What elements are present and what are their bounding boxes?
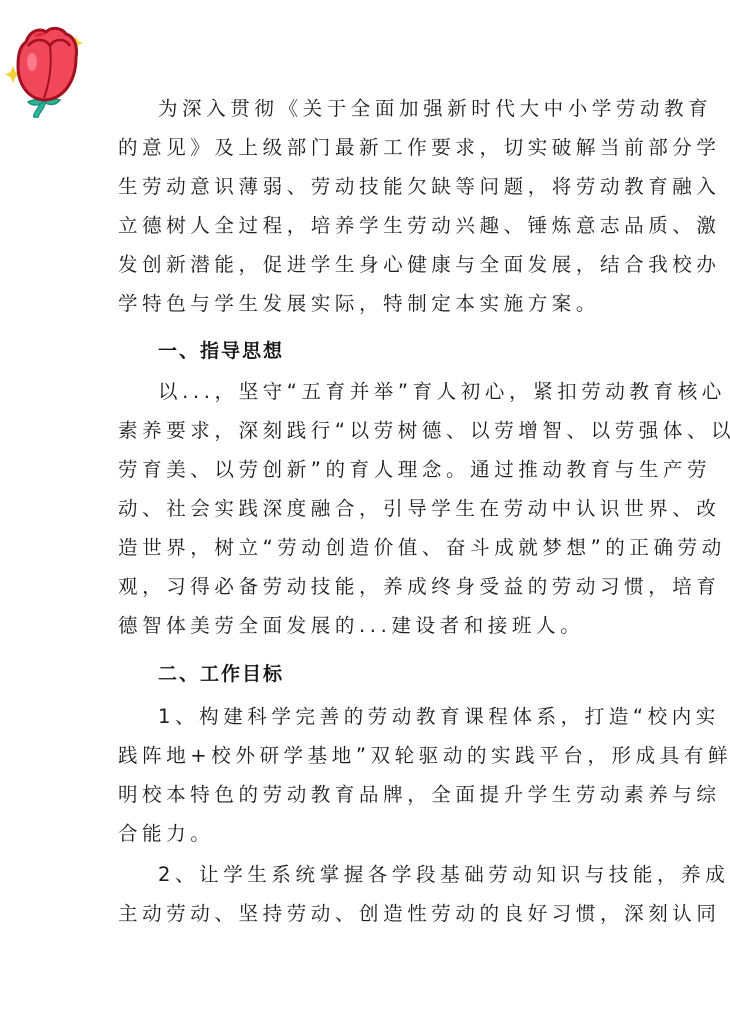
text-line: 以...，坚守“五育并举”育人初心，紧扣劳动教育核心 xyxy=(118,372,610,411)
section-heading: 二、工作目标 xyxy=(118,655,610,694)
paragraph: 1、构建科学完善的劳动教育课程体系，打造“校内实 践阵地+校外研学基地”双轮驱动… xyxy=(118,697,610,853)
text-line: 为深入贯彻《关于全面加强新时代大中小学劳动教育 xyxy=(118,89,610,128)
text-line: 合能力。 xyxy=(118,814,610,853)
text-line: 学特色与学生发展实际，特制定本实施方案。 xyxy=(118,284,610,323)
paragraph: 2、让学生系统掌握各学段基础劳动知识与技能，养成 主动劳动、坚持劳动、创造性劳动… xyxy=(118,855,610,933)
text-line: 践阵地+校外研学基地”双轮驱动的实践平台，形成具有鲜 xyxy=(118,736,610,775)
text-line: 2、让学生系统掌握各学段基础劳动知识与技能，养成 xyxy=(118,855,610,894)
text-line: 立德树人全过程，培养学生劳动兴趣、锤炼意志品质、激 xyxy=(118,206,610,245)
rose-emoji-icon xyxy=(4,22,88,118)
text-line: 主动劳动、坚持劳动、创造性劳动的良好习惯，深刻认同 xyxy=(118,894,610,933)
intro-paragraph: 为深入贯彻《关于全面加强新时代大中小学劳动教育 的意见》及上级部门最新工作要求，… xyxy=(118,89,610,323)
text-line: 素养要求，深刻践行“以劳树德、以劳增智、以劳强体、以 xyxy=(118,411,610,450)
section-guiding-ideology: 一、指导思想 以...，坚守“五育并举”育人初心，紧扣劳动教育核心 素养要求，深… xyxy=(118,332,610,645)
paragraph: 以...，坚守“五育并举”育人初心，紧扣劳动教育核心 素养要求，深刻践行“以劳树… xyxy=(118,372,610,645)
text-line: 生劳动意识薄弱、劳动技能欠缺等问题，将劳动教育融入 xyxy=(118,167,610,206)
section-heading: 一、指导思想 xyxy=(118,332,610,371)
text-line: 的意见》及上级部门最新工作要求，切实破解当前部分学 xyxy=(118,128,610,167)
text-line: 明校本特色的劳动教育品牌，全面提升学生劳动素养与综 xyxy=(118,775,610,814)
document-body: 为深入贯彻《关于全面加强新时代大中小学劳动教育 的意见》及上级部门最新工作要求，… xyxy=(118,89,610,933)
text-line: 德智体美劳全面发展的...建设者和接班人。 xyxy=(118,606,610,645)
section-work-goals: 二、工作目标 1、构建科学完善的劳动教育课程体系，打造“校内实 践阵地+校外研学… xyxy=(118,655,610,933)
text-line: 动、社会实践深度融合，引导学生在劳动中认识世界、改 xyxy=(118,489,610,528)
text-line: 观，习得必备劳动技能，养成终身受益的劳动习惯，培育 xyxy=(118,567,610,606)
text-line: 1、构建科学完善的劳动教育课程体系，打造“校内实 xyxy=(118,697,610,736)
text-line: 劳育美、以劳创新”的育人理念。通过推动教育与生产劳 xyxy=(118,450,610,489)
text-line: 造世界，树立“劳动创造价值、奋斗成就梦想”的正确劳动 xyxy=(118,528,610,567)
text-line: 发创新潜能，促进学生身心健康与全面发展，结合我校办 xyxy=(118,245,610,284)
